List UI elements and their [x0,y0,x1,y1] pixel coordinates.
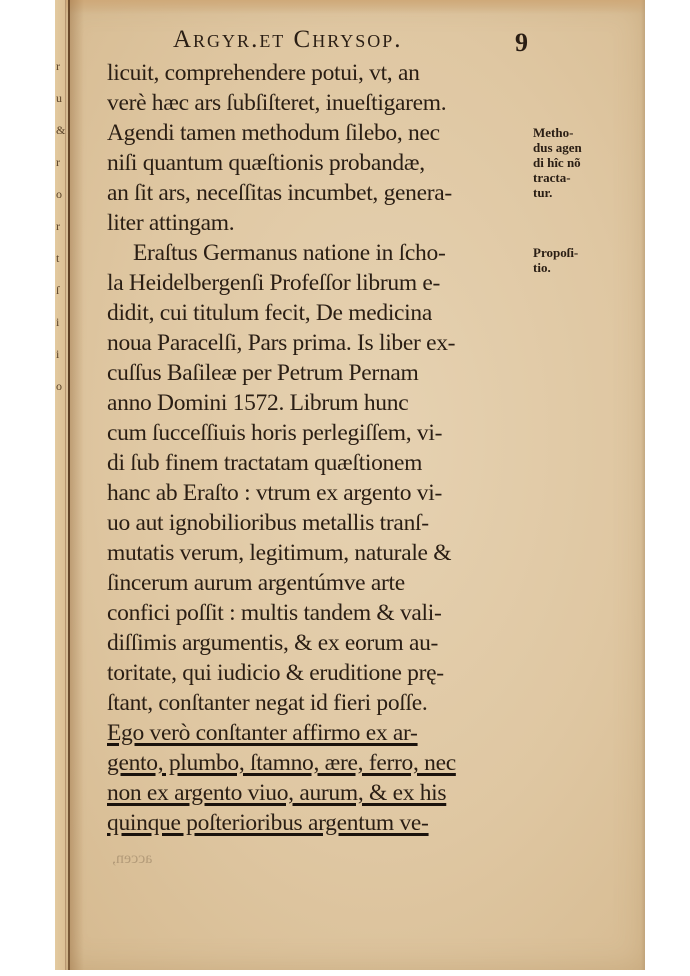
text-line: liter attingam. [107,208,527,238]
text-line: an ſit ars, neceſſitas incumbet, genera- [107,178,527,208]
text-line: mutatis verum, legitimum, naturale & [107,538,527,568]
text-line: licuit, comprehendere potui, vt, an [107,58,527,88]
text-line: confici poſſit : multis tandem & vali- [107,598,527,628]
page-top-shade [55,0,645,14]
previous-page-text-fragments: ru&rortſiio [56,60,65,392]
underlined-text-line: Ego verò conſtanter affirmo ex ar- [107,718,527,748]
text-line: anno Domini 1572. Librum hunc [107,388,527,418]
text-line: Agendi tamen methodum ſilebo, nec [107,118,527,148]
main-text-block: licuit, comprehendere potui, vt, an verè… [107,58,527,838]
paragraph-start-line: Eraſtus Germanus natione in ſcho- [107,238,527,268]
marginal-note-method: Metho- dus agen di hîc nõ tracta- tur. [533,125,603,200]
text-line: noua Paracelſi, Pars prima. Is liber ex- [107,328,527,358]
marginal-note-propositio: Propoſi- tio. [533,245,603,275]
text-line: didit, cui titulum fecit, De medicina [107,298,527,328]
text-line: verè hæc ars ſubſiſteret, inueſtigarem. [107,88,527,118]
text-line: uo aut ignobilioribus metallis tranſ- [107,508,527,538]
bleed-through-catchword: accen, [112,850,152,868]
previous-page-edge: ru&rortſiio [55,0,66,970]
text-line: hanc ab Eraſto : vtrum ex argento vi- [107,478,527,508]
marginal-line: Metho- [533,125,603,140]
marginal-line: dus agen [533,140,603,155]
underlined-text-line: quinque poſterioribus argentum ve- [107,808,527,838]
text-line: cuſſus Baſileæ per Petrum Pernam [107,358,527,388]
text-line: di ſub finem tractatam quæſtionem [107,448,527,478]
page-number: 9 [515,28,528,58]
text-line: toritate, qui iudicio & eruditione prę- [107,658,527,688]
page-header: Argyr.et Chrysop. 9 [118,26,528,56]
marginal-line: tur. [533,185,603,200]
text-line: niſi quantum quæſtionis probandæ, [107,148,527,178]
page-right-edge [641,0,645,970]
text-line: la Heidelbergenſi Profeſſor librum e- [107,268,527,298]
underlined-text-line: gento, plumbo, ſtamno, ære, ferro, nec [107,748,527,778]
text-line: ſincerum aurum argentúmve arte [107,568,527,598]
text-line: ſtant, conſtanter negat id fieri poſſe. [107,688,527,718]
text-line: diſſimis argumentis, & ex eorum au- [107,628,527,658]
underlined-text-line: non ex argento viuo, aurum, & ex his [107,778,527,808]
running-head: Argyr.et Chrysop. [173,26,403,54]
gutter-shadow [70,0,84,970]
marginal-line: tracta- [533,170,603,185]
text-line: cum ſucceſſiuis horis perlegiſſem, vi- [107,418,527,448]
marginal-line: Propoſi- [533,245,603,260]
marginal-line: di hîc nõ [533,155,603,170]
marginal-line: tio. [533,260,603,275]
